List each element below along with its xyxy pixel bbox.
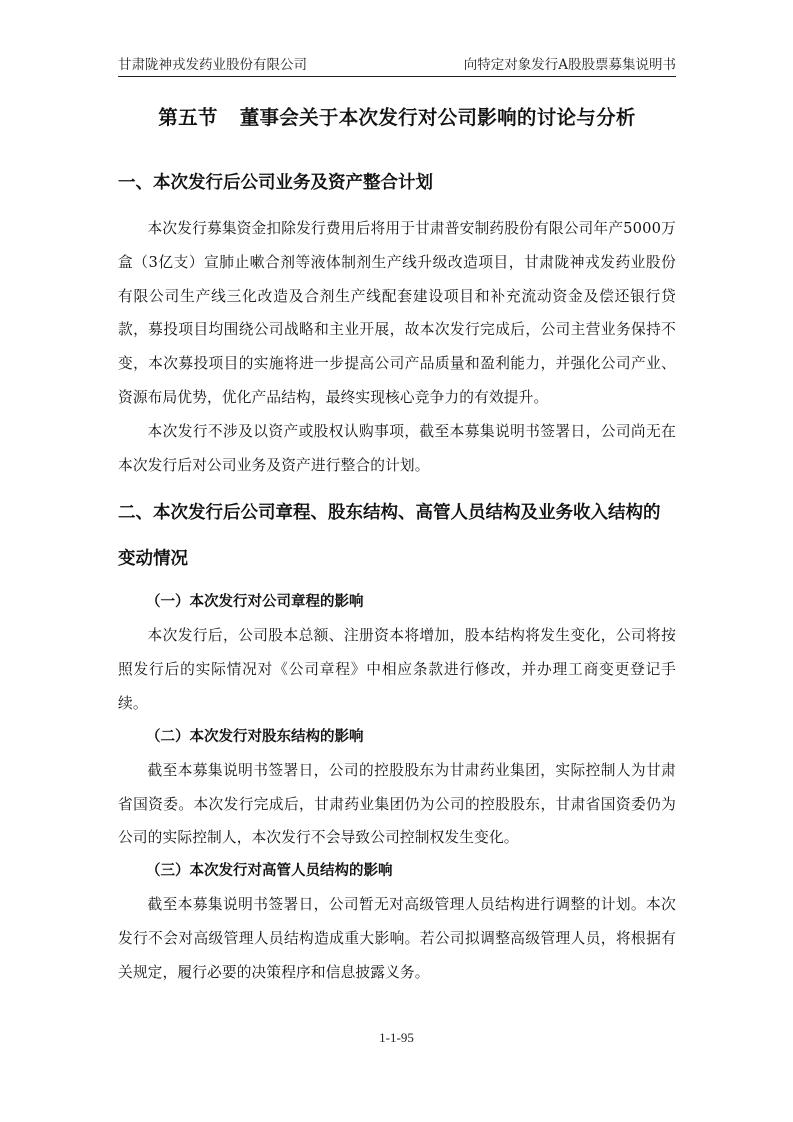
- chapter-name: 董事会关于本次发行对公司影响的讨论与分析: [240, 106, 636, 129]
- paragraph: 本次发行募集资金扣除发行费用后将用于甘肃普安制药股份有限公司年产5000万盒（3…: [118, 212, 676, 415]
- chapter-number: 第五节: [158, 106, 217, 129]
- subsection-heading-3: （三）本次发行对高管人员结构的影响: [118, 855, 676, 888]
- header-document-title: 向特定对象发行A股股票募集说明书: [464, 56, 676, 74]
- page-header: 甘肃陇神戎发药业股份有限公司 向特定对象发行A股股票募集说明书: [118, 56, 676, 77]
- subsection-heading-2: （二）本次发行对股东结构的影响: [118, 721, 676, 754]
- header-company-name: 甘肃陇神戎发药业股份有限公司: [118, 56, 307, 74]
- page-number: 1-1-95: [0, 1030, 793, 1046]
- paragraph: 本次发行不涉及以资产或股权认购事项，截至本募集说明书签署日，公司尚无在本次发行后…: [118, 415, 676, 483]
- section-heading-1: 一、本次发行后公司业务及资产整合计划: [118, 164, 676, 202]
- section-heading-2: 二、本次发行后公司章程、股东结构、高管人员结构及业务收入结构的变动情况: [118, 490, 676, 582]
- document-body: 第五节董事会关于本次发行对公司影响的讨论与分析 一、本次发行后公司业务及资产整合…: [118, 98, 676, 990]
- paragraph: 截至本募集说明书签署日，公司暂无对高级管理人员结构进行调整的计划。本次发行不会对…: [118, 888, 676, 989]
- paragraph: 本次发行后，公司股本总额、注册资本将增加，股本结构将发生变化，公司将按照发行后的…: [118, 619, 676, 720]
- paragraph: 截至本募集说明书签署日，公司的控股股东为甘肃药业集团，实际控制人为甘肃省国资委。…: [118, 754, 676, 855]
- subsection-heading-1: （一）本次发行对公司章程的影响: [118, 586, 676, 619]
- chapter-title: 第五节董事会关于本次发行对公司影响的讨论与分析: [118, 98, 676, 138]
